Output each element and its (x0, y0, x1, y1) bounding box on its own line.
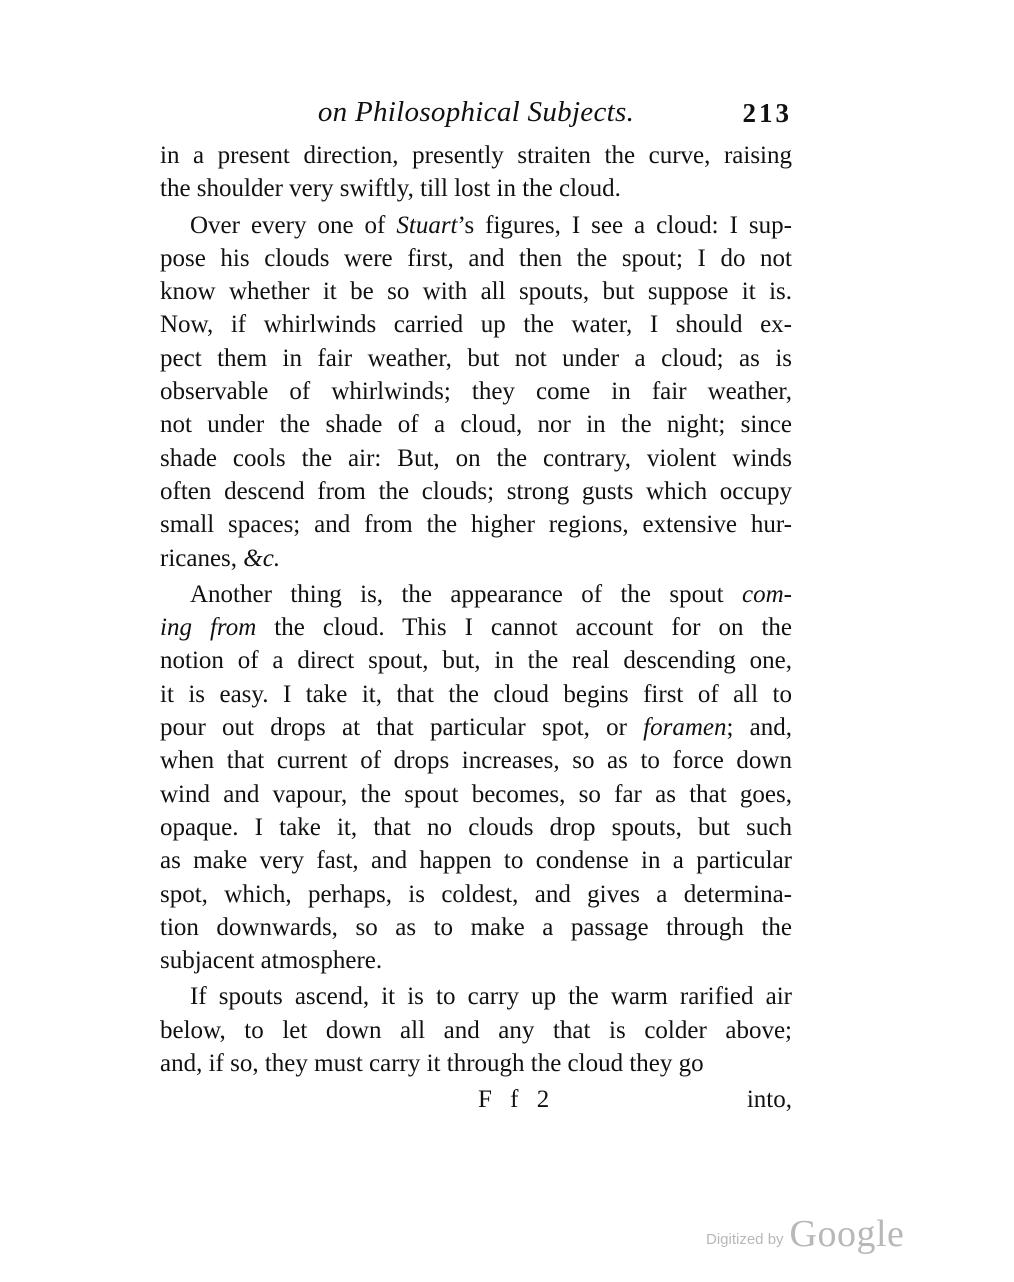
text-line: spot, which, perhaps, is coldest, and gi… (160, 878, 792, 911)
text-line: as make very fast, and happen to condens… (160, 844, 792, 877)
running-head: on Philosophical Subjects. 213 (160, 96, 792, 136)
paragraph: Another thing is, the appearance of the … (160, 578, 792, 978)
text-line: If spouts ascend, it is to carry up the … (160, 980, 792, 1013)
body-text: in a present direction, presently strait… (160, 139, 792, 1080)
text-line: in a present direction, presently strait… (160, 139, 792, 172)
paragraph: Over every one of Stuart’s figures, I se… (160, 209, 792, 575)
text-line: Another thing is, the appearance of the … (160, 578, 792, 611)
text-line: below, to let down all and any that is c… (160, 1014, 792, 1047)
text-line: ricanes, &c. (160, 542, 792, 575)
text-line: opaque. I take it, that no clouds drop s… (160, 811, 792, 844)
italic-span: com- (742, 581, 792, 608)
italic-span: foramen (643, 714, 726, 741)
text-line: when that current of drops increases, so… (160, 744, 792, 777)
text-line: not under the shade of a cloud, nor in t… (160, 408, 792, 441)
italic-span: ing from (160, 614, 256, 641)
signature-mark: F f 2 (478, 1086, 555, 1114)
text-line: pour out drops at that particular spot, … (160, 711, 792, 744)
text-line: and, if so, they must carry it through t… (160, 1047, 792, 1080)
text-line: notion of a direct spout, but, in the re… (160, 644, 792, 677)
book-page: on Philosophical Subjects. 213 in a pres… (0, 0, 1014, 1282)
watermark-prefix: Digitized by (706, 1231, 784, 1248)
text-line: it is easy. I take it, that the cloud be… (160, 678, 792, 711)
text-line: often descend from the clouds; strong gu… (160, 475, 792, 508)
text-line: shade cools the air: But, on the contrar… (160, 442, 792, 475)
text-line: subjacent atmosphere. (160, 944, 792, 977)
paragraph: If spouts ascend, it is to carry up the … (160, 980, 792, 1080)
text-line: observable of whirlwinds; they come in f… (160, 375, 792, 408)
text-line: pose his clouds were first, and then the… (160, 242, 792, 275)
text-line: Now, if whirlwinds carried up the water,… (160, 308, 792, 341)
text-line: know whether it be so with all spouts, b… (160, 275, 792, 308)
text-line: Over every one of Stuart’s figures, I se… (160, 209, 792, 242)
text-line: small spaces; and from the higher region… (160, 508, 792, 541)
text-line: the shoulder very swiftly, till lost in … (160, 172, 792, 205)
text-line: tion downwards, so as to make a passage … (160, 911, 792, 944)
text-line: ing from the cloud. This I cannot accoun… (160, 611, 792, 644)
running-title: on Philosophical Subjects. (160, 96, 792, 129)
text-line: pect them in fair weather, but not under… (160, 342, 792, 375)
watermark-brand-logo: Google (790, 1213, 905, 1255)
page-footer: F f 2 into, (160, 1086, 792, 1120)
text-line: wind and vapour, the spout becomes, so f… (160, 778, 792, 811)
paragraph: in a present direction, presently strait… (160, 139, 792, 206)
page-number: 213 (743, 98, 793, 129)
catchword: into, (747, 1086, 792, 1114)
italic-span: Stuart (396, 212, 457, 239)
digitized-watermark: Digitized by Google (706, 1212, 904, 1256)
italic-span: &c. (243, 545, 280, 572)
